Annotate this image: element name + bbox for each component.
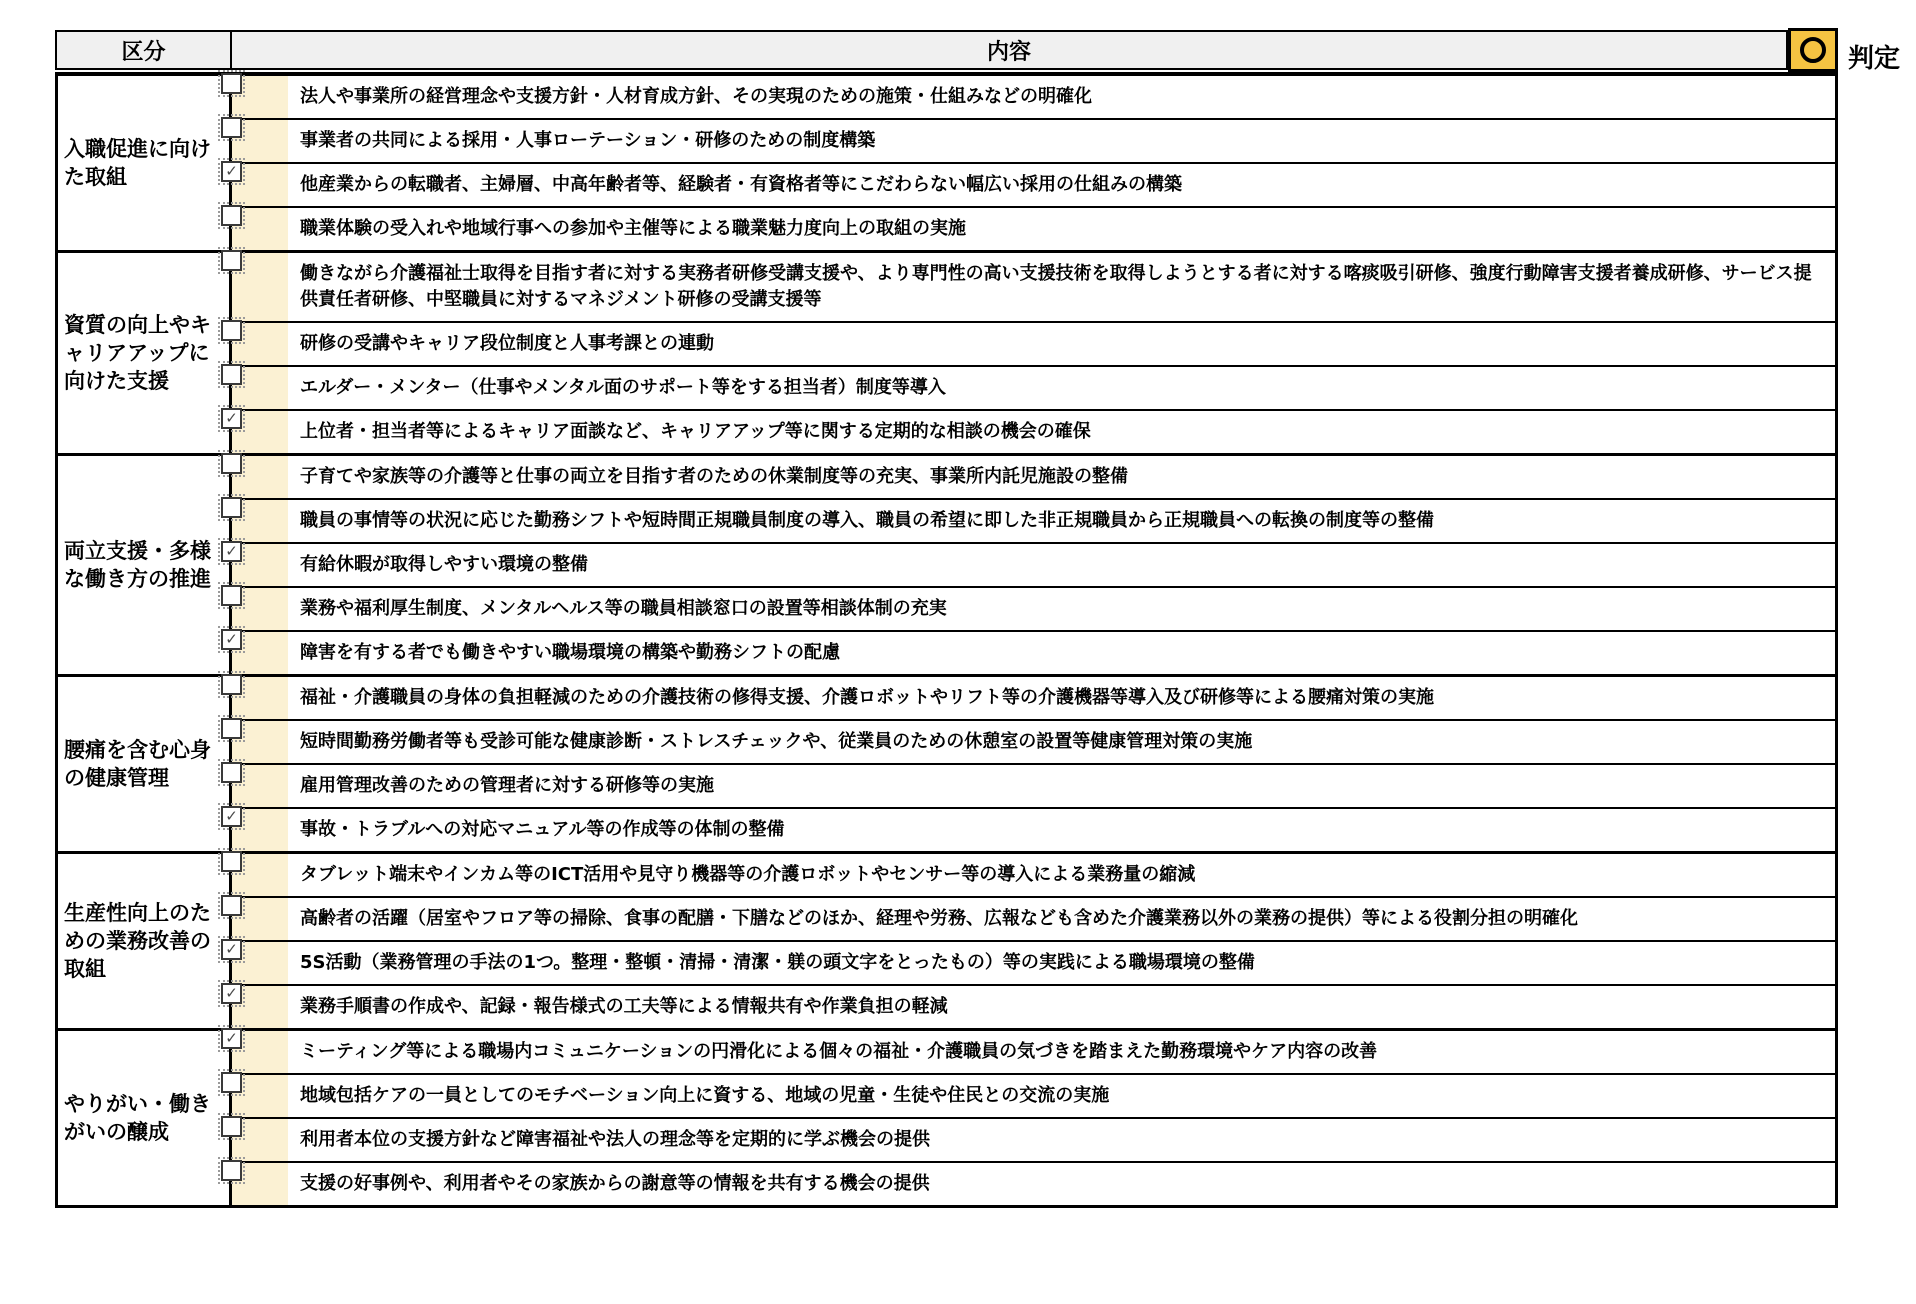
category-section: 両立支援・多様な働き方の推進 子育てや家族等の介護等と仕事の両立を目指す者のため…	[58, 453, 1835, 674]
checklist-row: 事業者の共同による採用・人事ローテーション・研修のための制度構築	[232, 118, 1835, 162]
checklist-row: 利用者本位の支援方針など障害福祉や法人の理念等を定期的に学ぶ機会の提供	[232, 1117, 1835, 1161]
checklist-table: 区分 内容 判定 入職促進に向けた取組 法人や事業所の経営理念や支援方針・人材育…	[55, 30, 1838, 1208]
row-checkbox[interactable]: ✓	[221, 1028, 242, 1049]
row-text: エルダー・メンター（仕事やメンタル面のサポート等をする担当者）制度等導入	[288, 367, 1835, 409]
checklist-row: エルダー・メンター（仕事やメンタル面のサポート等をする担当者）制度等導入	[232, 365, 1835, 409]
checklist-row: 法人や事業所の経営理念や支援方針・人材育成方針、その実現のための施策・仕組みなど…	[232, 76, 1835, 118]
checklist-row: ✓ 業務手順書の作成や、記録・報告様式の工夫等による情報共有や作業負担の軽減	[232, 984, 1835, 1028]
row-checkbox[interactable]	[221, 585, 242, 606]
row-text: 高齢者の活躍（居室やフロア等の掃除、食事の配膳・下膳などのほか、経理や労務、広報…	[288, 898, 1835, 940]
section-rows: 働きながら介護福祉士取得を目指す者に対する実務者研修受講支援や、より専門性の高い…	[232, 253, 1835, 453]
row-checkbox[interactable]	[221, 497, 242, 518]
row-text: 有給休暇が取得しやすい環境の整備	[288, 544, 1835, 586]
category-cell: 両立支援・多様な働き方の推進	[58, 456, 232, 674]
category-section: 生産性向上のための業務改善の取組 タブレット端末やインカム等のICT活用や見守り…	[58, 851, 1835, 1028]
row-checkbox[interactable]: ✓	[221, 939, 242, 960]
row-checkbox[interactable]	[221, 762, 242, 783]
checklist-row: 短時間勤務労働者等も受診可能な健康診断・ストレスチェックや、従業員のための休憩室…	[232, 719, 1835, 763]
checklist-row: 雇用管理改善のための管理者に対する研修等の実施	[232, 763, 1835, 807]
checklist-row: ✓ 上位者・担当者等によるキャリア面談など、キャリアアップ等に関する定期的な相談…	[232, 409, 1835, 453]
checklist-row: 研修の受講やキャリア段位制度と人事考課との連動	[232, 321, 1835, 365]
row-text: 福祉・介護職員の身体の負担軽減のための介護技術の修得支援、介護ロボットやリフト等…	[288, 677, 1835, 719]
table-header-row: 区分 内容 判定	[55, 30, 1838, 72]
category-cell: 資質の向上やキャリアアップに向けた支援	[58, 253, 232, 453]
row-text: 法人や事業所の経営理念や支援方針・人材育成方針、その実現のための施策・仕組みなど…	[288, 76, 1835, 118]
table-body: 入職促進に向けた取組 法人や事業所の経営理念や支援方針・人材育成方針、その実現の…	[55, 72, 1838, 1208]
row-text: 地域包括ケアの一員としてのモチベーション向上に資する、地域の児童・生徒や住民との…	[288, 1075, 1835, 1117]
row-text: 短時間勤務労働者等も受診可能な健康診断・ストレスチェックや、従業員のための休憩室…	[288, 721, 1835, 763]
row-checkbox[interactable]: ✓	[221, 541, 242, 562]
row-checkbox[interactable]	[221, 1116, 242, 1137]
checklist-row: 子育てや家族等の介護等と仕事の両立を目指す者のための休業制度等の充実、事業所内託…	[232, 456, 1835, 498]
row-text: 他産業からの転職者、主婦層、中高年齢者等、経験者・有資格者等にこだわらない幅広い…	[288, 164, 1835, 206]
section-rows: 子育てや家族等の介護等と仕事の両立を目指す者のための休業制度等の充実、事業所内託…	[232, 456, 1835, 674]
category-cell: 腰痛を含む心身の健康管理	[58, 677, 232, 851]
checklist-row: 福祉・介護職員の身体の負担軽減のための介護技術の修得支援、介護ロボットやリフト等…	[232, 677, 1835, 719]
category-column-header: 区分	[55, 30, 232, 70]
row-checkbox[interactable]	[221, 117, 242, 138]
row-checkbox[interactable]: ✓	[221, 161, 242, 182]
row-checkbox[interactable]	[221, 73, 242, 94]
row-checkbox[interactable]	[221, 895, 242, 916]
checklist-row: ✓ 他産業からの転職者、主婦層、中高年齢者等、経験者・有資格者等にこだわらない幅…	[232, 162, 1835, 206]
checklist-row: 職員の事情等の状況に応じた勤務シフトや短時間正規職員制度の導入、職員の希望に即し…	[232, 498, 1835, 542]
content-column-header: 内容	[232, 30, 1788, 70]
row-checkbox[interactable]	[221, 674, 242, 695]
row-text: 雇用管理改善のための管理者に対する研修等の実施	[288, 765, 1835, 807]
row-text: 研修の受講やキャリア段位制度と人事考課との連動	[288, 323, 1835, 365]
row-checkbox[interactable]	[221, 1160, 242, 1181]
checklist-row: 高齢者の活躍（居室やフロア等の掃除、食事の配膳・下膳などのほか、経理や労務、広報…	[232, 896, 1835, 940]
checklist-row: ✓ 障害を有する者でも働きやすい職場環境の構築や勤務シフトの配慮	[232, 630, 1835, 674]
row-text: 障害を有する者でも働きやすい職場環境の構築や勤務シフトの配慮	[288, 632, 1835, 674]
row-text: 事故・トラブルへの対応マニュアル等の作成等の体制の整備	[288, 809, 1835, 851]
row-checkbox[interactable]	[221, 851, 242, 872]
row-checkbox[interactable]: ✓	[221, 408, 242, 429]
row-checkbox[interactable]	[221, 453, 242, 474]
category-section: 資質の向上やキャリアアップに向けた支援 働きながら介護福祉士取得を目指す者に対す…	[58, 250, 1835, 453]
judgment-legend-box	[1788, 28, 1838, 72]
row-checkbox[interactable]: ✓	[221, 806, 242, 827]
row-text: 業務や福利厚生制度、メンタルヘルス等の職員相談窓口の設置等相談体制の充実	[288, 588, 1835, 630]
checklist-row: ✓ 有給休暇が取得しやすい環境の整備	[232, 542, 1835, 586]
checklist-row: 業務や福利厚生制度、メンタルヘルス等の職員相談窓口の設置等相談体制の充実	[232, 586, 1835, 630]
section-rows: ✓ ミーティング等による職場内コミュニケーションの円滑化による個々の福祉・介護職…	[232, 1031, 1835, 1205]
checklist-row: ✓ ミーティング等による職場内コミュニケーションの円滑化による個々の福祉・介護職…	[232, 1031, 1835, 1073]
category-section: 入職促進に向けた取組 法人や事業所の経営理念や支援方針・人材育成方針、その実現の…	[58, 76, 1835, 250]
row-text: 職員の事情等の状況に応じた勤務シフトや短時間正規職員制度の導入、職員の希望に即し…	[288, 500, 1835, 542]
row-text: 上位者・担当者等によるキャリア面談など、キャリアアップ等に関する定期的な相談の機…	[288, 411, 1835, 453]
row-text: 5S活動（業務管理の手法の1つ。整理・整頓・清掃・清潔・躾の頭文字をとったもの）…	[288, 942, 1835, 984]
row-checkbox[interactable]: ✓	[221, 629, 242, 650]
row-checkbox[interactable]	[221, 250, 242, 271]
row-text: 業務手順書の作成や、記録・報告様式の工夫等による情報共有や作業負担の軽減	[288, 986, 1835, 1028]
checklist-row: 職業体験の受入れや地域行事への参加や主催等による職業魅力度向上の取組の実施	[232, 206, 1835, 250]
section-rows: タブレット端末やインカム等のICT活用や見守り機器等の介護ロボットやセンサー等の…	[232, 854, 1835, 1028]
row-text: 支援の好事例や、利用者やその家族からの謝意等の情報を共有する機会の提供	[288, 1163, 1835, 1205]
row-text: 利用者本位の支援方針など障害福祉や法人の理念等を定期的に学ぶ機会の提供	[288, 1119, 1835, 1161]
category-section: 腰痛を含む心身の健康管理 福祉・介護職員の身体の負担軽減のための介護技術の修得支…	[58, 674, 1835, 851]
checklist-row: ✓ 5S活動（業務管理の手法の1つ。整理・整頓・清掃・清潔・躾の頭文字をとったも…	[232, 940, 1835, 984]
row-text: 働きながら介護福祉士取得を目指す者に対する実務者研修受講支援や、より専門性の高い…	[288, 253, 1835, 321]
row-text: 子育てや家族等の介護等と仕事の両立を目指す者のための休業制度等の充実、事業所内託…	[288, 456, 1835, 498]
checklist-row: 地域包括ケアの一員としてのモチベーション向上に資する、地域の児童・生徒や住民との…	[232, 1073, 1835, 1117]
checklist-row: タブレット端末やインカム等のICT活用や見守り機器等の介護ロボットやセンサー等の…	[232, 854, 1835, 896]
category-cell: やりがい・働きがいの醸成	[58, 1031, 232, 1205]
row-text: タブレット端末やインカム等のICT活用や見守り機器等の介護ロボットやセンサー等の…	[288, 854, 1835, 896]
page: 区分 内容 判定 入職促進に向けた取組 法人や事業所の経営理念や支援方針・人材育…	[0, 0, 1916, 1208]
row-checkbox[interactable]	[221, 205, 242, 226]
judgment-label: 判定	[1848, 38, 1900, 75]
category-cell: 入職促進に向けた取組	[58, 76, 232, 250]
row-checkbox[interactable]: ✓	[221, 983, 242, 1004]
row-checkbox[interactable]	[221, 320, 242, 341]
checklist-row: ✓ 事故・トラブルへの対応マニュアル等の作成等の体制の整備	[232, 807, 1835, 851]
row-checkbox[interactable]	[221, 718, 242, 739]
category-section: やりがい・働きがいの醸成 ✓ ミーティング等による職場内コミュニケーションの円滑…	[58, 1028, 1835, 1205]
section-rows: 福祉・介護職員の身体の負担軽減のための介護技術の修得支援、介護ロボットやリフト等…	[232, 677, 1835, 851]
category-cell: 生産性向上のための業務改善の取組	[58, 854, 232, 1028]
section-rows: 法人や事業所の経営理念や支援方針・人材育成方針、その実現のための施策・仕組みなど…	[232, 76, 1835, 250]
row-checkbox[interactable]	[221, 364, 242, 385]
checklist-row: 支援の好事例や、利用者やその家族からの謝意等の情報を共有する機会の提供	[232, 1161, 1835, 1205]
checklist-row: 働きながら介護福祉士取得を目指す者に対する実務者研修受講支援や、より専門性の高い…	[232, 253, 1835, 321]
row-text: ミーティング等による職場内コミュニケーションの円滑化による個々の福祉・介護職員の…	[288, 1031, 1835, 1073]
circle-outline-icon	[1800, 37, 1826, 63]
row-text: 職業体験の受入れや地域行事への参加や主催等による職業魅力度向上の取組の実施	[288, 208, 1835, 250]
row-text: 事業者の共同による採用・人事ローテーション・研修のための制度構築	[288, 120, 1835, 162]
row-checkbox[interactable]	[221, 1072, 242, 1093]
